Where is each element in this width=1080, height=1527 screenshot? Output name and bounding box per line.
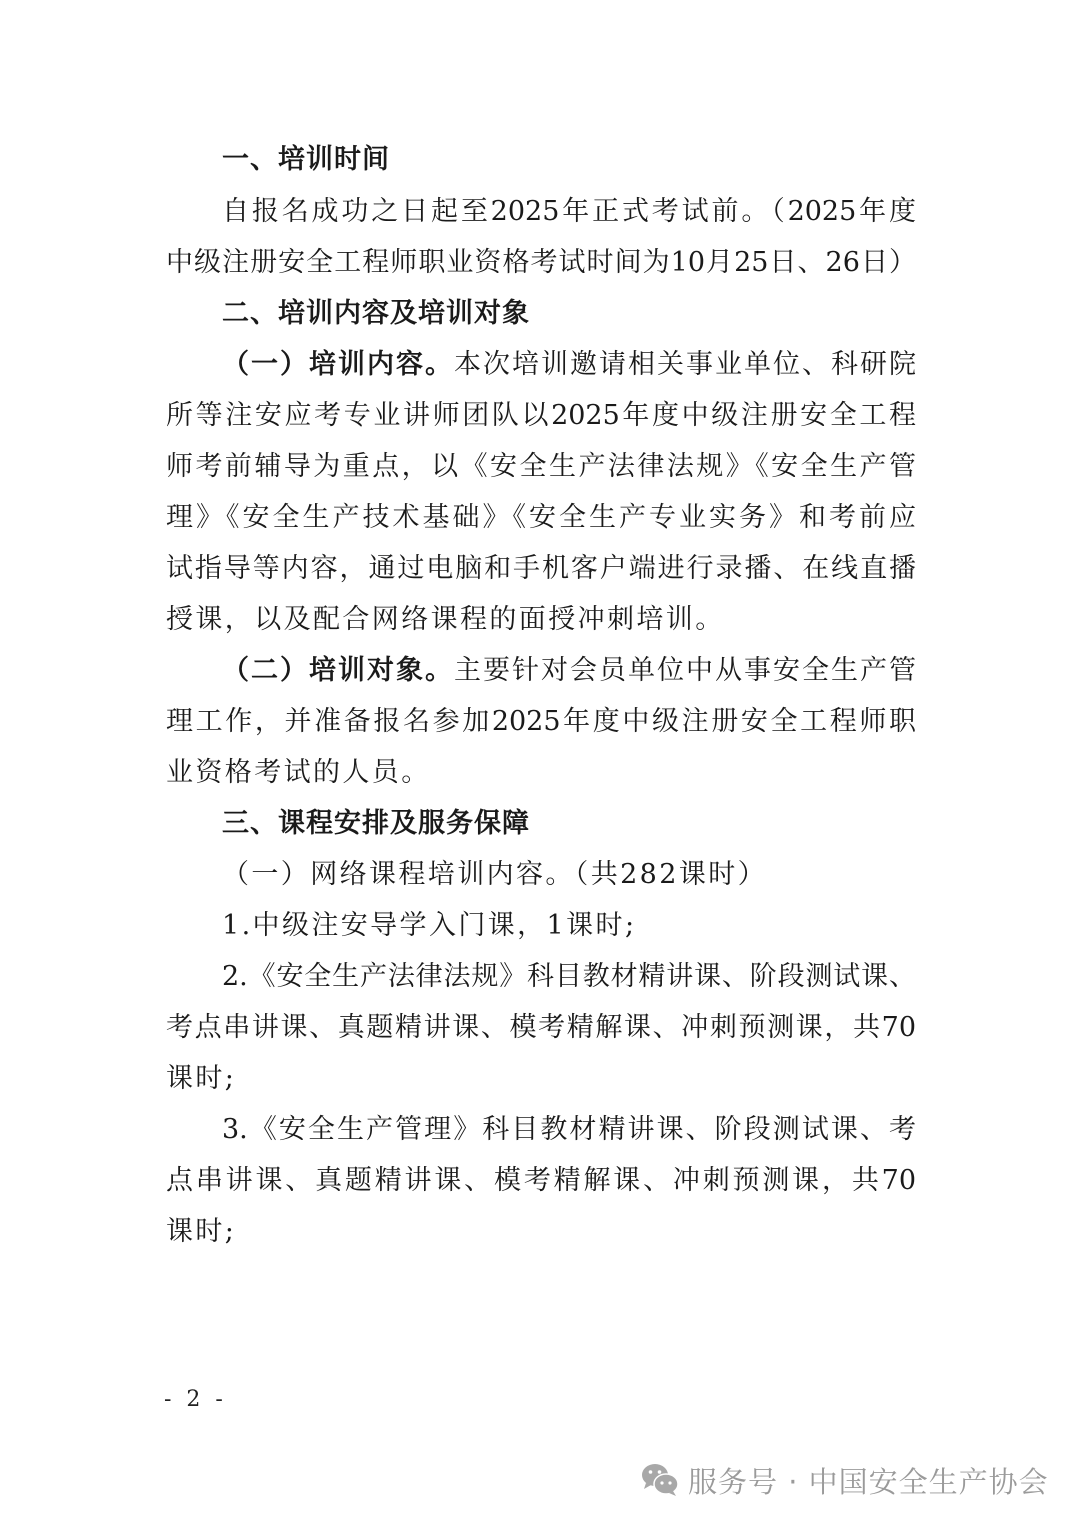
- paragraph-line: 授课，以及配合网络课程的面授冲刺培训。: [166, 600, 916, 640]
- wechat-icon: [640, 1462, 680, 1498]
- paragraph-line: 理工作，并准备报名参加2025年度中级注册安全工程师职: [166, 702, 916, 742]
- paragraph-line: （一）网络课程培训内容。（共282课时）: [222, 855, 916, 895]
- list-item-2: 2.《安全生产法律法规》科目教材精讲课、阶段测试课、: [222, 957, 916, 997]
- section-heading-2: 二、培训内容及培训对象: [222, 294, 916, 334]
- paragraph-line: 试指导等内容，通过电脑和手机客户端进行录播、在线直播: [166, 549, 916, 589]
- paragraph-line: 中级注册安全工程师职业资格考试时间为10月25日、26日）: [166, 243, 916, 283]
- page-number: - 2 -: [164, 1387, 227, 1412]
- paragraph-line: 课时;: [166, 1059, 916, 1099]
- paragraph-line: 考点串讲课、真题精讲课、模考精解课、冲刺预测课，共70: [166, 1008, 916, 1048]
- section-heading-3: 三、课程安排及服务保障: [222, 804, 916, 844]
- paragraph-line: （一）培训内容。本次培训邀请相关事业单位、科研院: [222, 345, 916, 385]
- subheading-training-target: （二）培训对象。: [222, 655, 454, 686]
- paragraph-line: 课时;: [166, 1212, 916, 1252]
- footer-text: 服务号 · 中国安全生产协会: [688, 1460, 1049, 1501]
- list-item-3: 3.《安全生产管理》科目教材精讲课、阶段测试课、考: [222, 1110, 916, 1150]
- paragraph-line: 师考前辅导为重点，以《安全生产法律法规》《安全生产管: [166, 447, 916, 487]
- paragraph-line: 点串讲课、真题精讲课、模考精解课、冲刺预测课，共70: [166, 1161, 916, 1201]
- paragraph-line: 理》《安全生产技术基础》《安全生产专业实务》和考前应: [166, 498, 916, 538]
- paragraph-line: 业资格考试的人员。: [166, 753, 916, 793]
- section-heading-1: 一、培训时间: [222, 140, 916, 180]
- paragraph-text: 本次培训邀请相关事业单位、科研院: [454, 349, 916, 380]
- list-item-1: 1.中级注安导学入门课，1课时;: [222, 906, 916, 946]
- paragraph-line: 自报名成功之日起至2025年正式考试前。（2025年度: [222, 192, 916, 232]
- paragraph-text: 主要针对会员单位中从事安全生产管: [454, 655, 916, 686]
- paragraph-line: 所等注安应考专业讲师团队以2025年度中级注册安全工程: [166, 396, 916, 436]
- footer-watermark: 服务号 · 中国安全生产协会: [640, 1458, 1049, 1502]
- paragraph-line: （二）培训对象。主要针对会员单位中从事安全生产管: [222, 651, 916, 691]
- subheading-training-content: （一）培训内容。: [222, 349, 454, 380]
